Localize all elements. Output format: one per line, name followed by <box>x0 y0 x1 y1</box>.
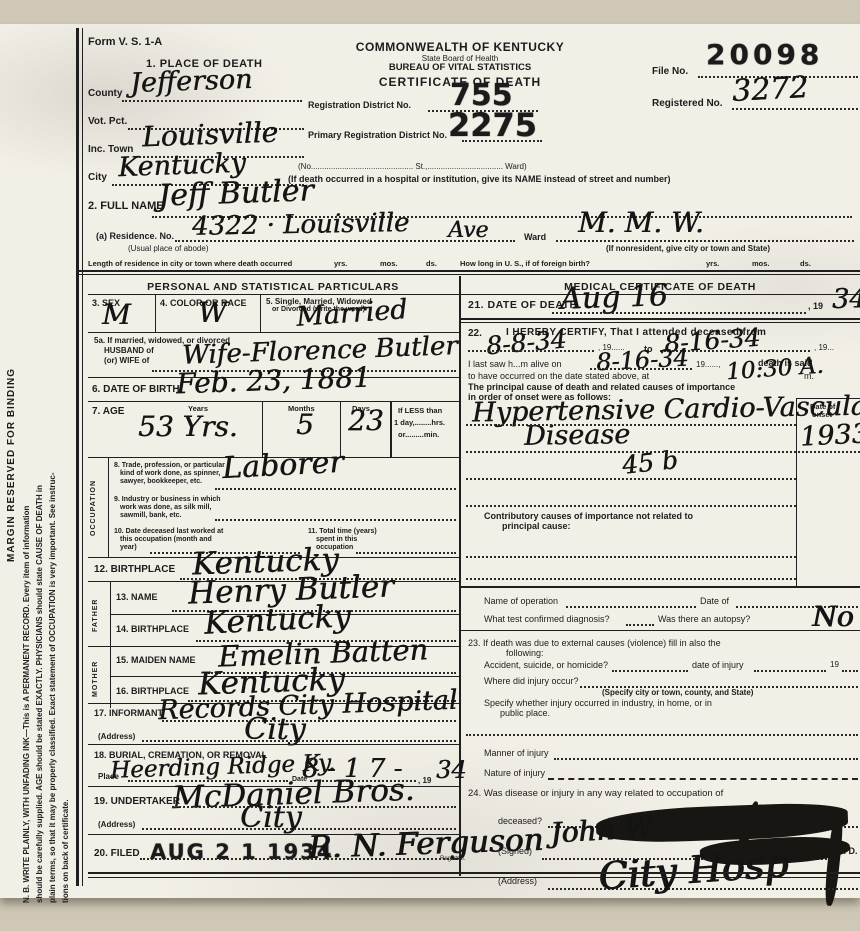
us-ds: ds. <box>800 259 811 268</box>
margin-binding-label: MARGIN RESERVED FOR BINDING <box>6 222 17 562</box>
occ9-label-1: 9. Industry or business in which <box>114 496 221 503</box>
test-line <box>626 624 654 626</box>
mother-side-label: MOTHER <box>92 649 99 709</box>
onset-box-rule <box>796 398 797 586</box>
bottom-rule <box>88 872 860 874</box>
age-less-label-1: If LESS than <box>398 406 442 415</box>
occ8-value: Laborer <box>221 445 344 486</box>
county-label: County <box>88 88 122 99</box>
spouse-label-3: (or) WIFE of <box>104 356 149 365</box>
specify-label-1: Specify whether injury occurred in indus… <box>484 698 712 708</box>
undertaker-address-label: (Address) <box>98 820 135 829</box>
occ8-label-3: sawyer, bookkeeper, etc. <box>120 478 202 485</box>
us-length-label: How long in U. S., if of foreign birth? <box>460 259 590 268</box>
spouse-label-2: HUSBAND of <box>104 346 154 355</box>
lastsaw-line <box>590 368 692 370</box>
registered-no-label: Registered No. <box>652 98 723 109</box>
margin-note-line1: N. B. WRITE PLAINLY, WITH UNFADING INK—T… <box>20 53 33 903</box>
where-injury-label: Where did injury occur? <box>484 676 579 686</box>
undertaker-label: 19. UNDERTAKER <box>94 796 180 807</box>
binding-rule <box>76 28 79 886</box>
autopsy-label: Was there an autopsy? <box>658 614 750 624</box>
filed-date-stamp: AUG 2 1 1934 <box>150 840 334 864</box>
burial-year: 34 <box>436 756 467 784</box>
ward-line <box>556 240 854 242</box>
accident-label: Accident, suicide, or homicide? <box>484 660 608 670</box>
principal-cause-label-1: The principal cause of death and related… <box>468 382 735 392</box>
injury-19-line <box>842 670 858 672</box>
rule <box>108 457 109 557</box>
occ9-label-2: work was done, as silk mill, <box>120 504 211 511</box>
primary-registration-label: Primary Registration District No. <box>308 130 447 140</box>
sex-value: M <box>102 298 131 331</box>
physician-signature: John W <box>549 811 652 849</box>
rule <box>461 318 860 320</box>
full-name-value: Jeff Butler <box>157 173 314 213</box>
occurred-label: to have occurred on the date stated abov… <box>468 371 649 381</box>
occ10-label-2: this occupation (month and <box>120 536 212 543</box>
ward-value: M. M. W. <box>578 206 704 239</box>
rule <box>461 322 860 323</box>
bottom-rule-2 <box>88 877 860 878</box>
occupation-side-label: OCCUPATION <box>90 460 97 556</box>
certify-number: 22. <box>468 328 482 339</box>
us-yrs: yrs. <box>706 259 719 268</box>
occ11-line <box>356 552 456 554</box>
nature-line <box>548 778 858 780</box>
lastsaw-19: 19......, <box>696 360 720 369</box>
deceased-label: deceased? <box>498 816 542 826</box>
commonwealth-heading: COMMONWEALTH OF KENTUCKY <box>330 40 590 54</box>
section-divider-top <box>78 270 860 272</box>
operation-date-label: Date of <box>700 596 729 606</box>
burial-19: , 19 <box>418 776 431 785</box>
operation-label: Name of operation <box>484 596 558 606</box>
external-causes-label-1: 23. If death was due to external causes … <box>468 638 721 648</box>
onset-value: 1933 <box>799 418 860 453</box>
father-side-label: FATHER <box>92 584 99 646</box>
personal-title: PERSONAL AND STATISTICAL PARTICULARS <box>88 281 458 293</box>
father-name-label: 13. NAME <box>116 592 158 602</box>
age-less-label-3: or.........min. <box>398 430 439 439</box>
specify-line <box>466 734 858 736</box>
injury-date-label: date of injury <box>692 660 744 670</box>
full-name-label: 2. FULL NAME <box>88 200 164 212</box>
occ9-line <box>215 519 456 521</box>
binding-rule-inner <box>82 28 83 886</box>
age-months-value: 5 <box>296 408 314 441</box>
registered-no-line <box>732 108 858 110</box>
file-no-label: File No. <box>652 66 688 77</box>
length-ds: ds. <box>426 259 437 268</box>
informant-line <box>162 720 456 722</box>
occ8-line <box>215 488 456 490</box>
nature-label: Nature of injury <box>484 768 545 778</box>
accident-line <box>612 670 688 672</box>
rule <box>260 294 261 332</box>
voting-precinct-label: Vot. Pct. <box>88 116 127 127</box>
rule <box>88 401 460 402</box>
registration-district-label: Registration District No. <box>308 100 411 110</box>
father-bp-label: 14. BIRTHPLACE <box>116 624 189 634</box>
residence-value: 4322 · Louisville <box>192 208 410 242</box>
test-label: What test confirmed diagnosis? <box>484 614 610 624</box>
section-divider-top2 <box>78 274 860 275</box>
bureau-heading: BUREAU OF VITAL STATISTICS <box>330 62 590 73</box>
hospital-instruction-line: (If death occurred in a hospital or inst… <box>288 174 671 184</box>
inc-town-value: Louisville <box>141 116 278 154</box>
nonresident-note: (If nonresident, give city or town and S… <box>606 244 770 253</box>
age-days-value: 23 <box>348 404 384 437</box>
age-label: 7. AGE <box>92 406 124 417</box>
serial-number-stamp: 20098 <box>706 38 823 71</box>
certify-19b: , 19... <box>814 343 834 352</box>
ward-label: Ward <box>524 232 546 242</box>
injury-19: 19 <box>830 660 839 669</box>
residence-line <box>175 240 515 242</box>
occupation-related-label: 24. Was disease or injury in any way rel… <box>468 788 723 799</box>
death-certificate-scan: MARGIN RESERVED FOR BINDING N. B. WRITE … <box>0 0 860 931</box>
cause-scribble: 45 b <box>621 445 679 480</box>
mother-name-label: 15. MAIDEN NAME <box>116 655 196 665</box>
external-causes-label-2: following: <box>506 648 544 658</box>
registered-no-value: 3272 <box>731 70 809 109</box>
cause-line-4 <box>466 505 796 507</box>
undertaker-line <box>172 806 456 808</box>
residence-label: (a) Residence. No. <box>96 231 174 241</box>
certify-from-line <box>468 350 594 352</box>
occ10-label-1: 10. Date deceased last worked at <box>114 528 223 535</box>
margin-note-line4: tions on back of certificate. <box>59 53 72 903</box>
city-label: City <box>88 172 107 183</box>
dob-label: 6. DATE OF BIRTH <box>92 384 180 395</box>
margin-note-line2: should be carefully supplied. AGE should… <box>33 53 46 903</box>
specify-label-2: public place. <box>500 708 550 718</box>
manner-line <box>554 758 858 760</box>
rule <box>461 586 860 588</box>
date-of-death-19: , 19 <box>808 301 823 311</box>
filed-line <box>140 858 456 860</box>
birthplace-label: 12. BIRTHPLACE <box>94 564 175 575</box>
contributory-line-2 <box>466 578 796 580</box>
occ10-label-3: year) <box>120 544 137 551</box>
primary-registration-stamp: 2275 <box>448 106 537 144</box>
informant-address-label: (Address) <box>98 732 135 741</box>
date-of-death-year: 34 <box>832 284 860 315</box>
county-value: Jefferson <box>129 64 252 99</box>
occ11-label-1: 11. Total time (years) <box>308 528 377 535</box>
occ9-label-3: sawmill, bank, etc. <box>120 512 181 519</box>
us-mos: mos. <box>752 259 770 268</box>
length-mos: mos. <box>380 259 398 268</box>
cause-line-1 <box>466 424 796 426</box>
occ8-label-1: 8. Trade, profession, or particular <box>114 462 225 469</box>
rule <box>155 294 156 332</box>
filed-label: 20. FILED <box>94 848 140 859</box>
street-ward-line: (No.....................................… <box>298 162 527 171</box>
rule <box>461 630 860 631</box>
lastsaw-label: I last saw h...m alive on <box>468 359 562 369</box>
manner-label: Manner of injury <box>484 748 549 758</box>
contributory-line-1 <box>466 556 796 558</box>
operation-line <box>566 606 696 608</box>
age-years-value: 53 Yrs. <box>138 410 238 443</box>
specify-city-note: (Specify city or town, county, and State… <box>602 688 753 697</box>
form-number: Form V. S. 1-A <box>88 36 162 48</box>
length-yrs: yrs. <box>334 259 347 268</box>
date-of-death-line <box>552 312 806 314</box>
rule <box>88 744 460 745</box>
rule <box>110 646 111 708</box>
informant-address-line <box>142 740 456 742</box>
occurred-m: m. <box>804 371 814 381</box>
county-line <box>122 100 302 102</box>
age-less-label-2: 1 day,........hrs. <box>394 418 445 427</box>
abode-note: (Usual place of abode) <box>128 244 209 253</box>
dob-value: Feb. 23, 1881 <box>175 361 371 401</box>
rule <box>390 402 392 457</box>
autopsy-value: No <box>812 600 853 633</box>
signed-label: (Signed) <box>498 846 532 856</box>
race-value: W <box>198 296 227 329</box>
injury-date-line <box>754 670 826 672</box>
occ8-label-2: kind of work done, as spinner, <box>120 470 220 477</box>
margin-note-line3: plain terms, so that it may be properly … <box>46 53 59 903</box>
informant-label: 17. INFORMANT <box>94 708 163 718</box>
contributory-label-2: principal cause: <box>502 521 571 531</box>
length-residence-label: Length of residence in city or town wher… <box>88 259 292 268</box>
contributory-label-1: Contributory causes of importance not re… <box>484 511 693 521</box>
